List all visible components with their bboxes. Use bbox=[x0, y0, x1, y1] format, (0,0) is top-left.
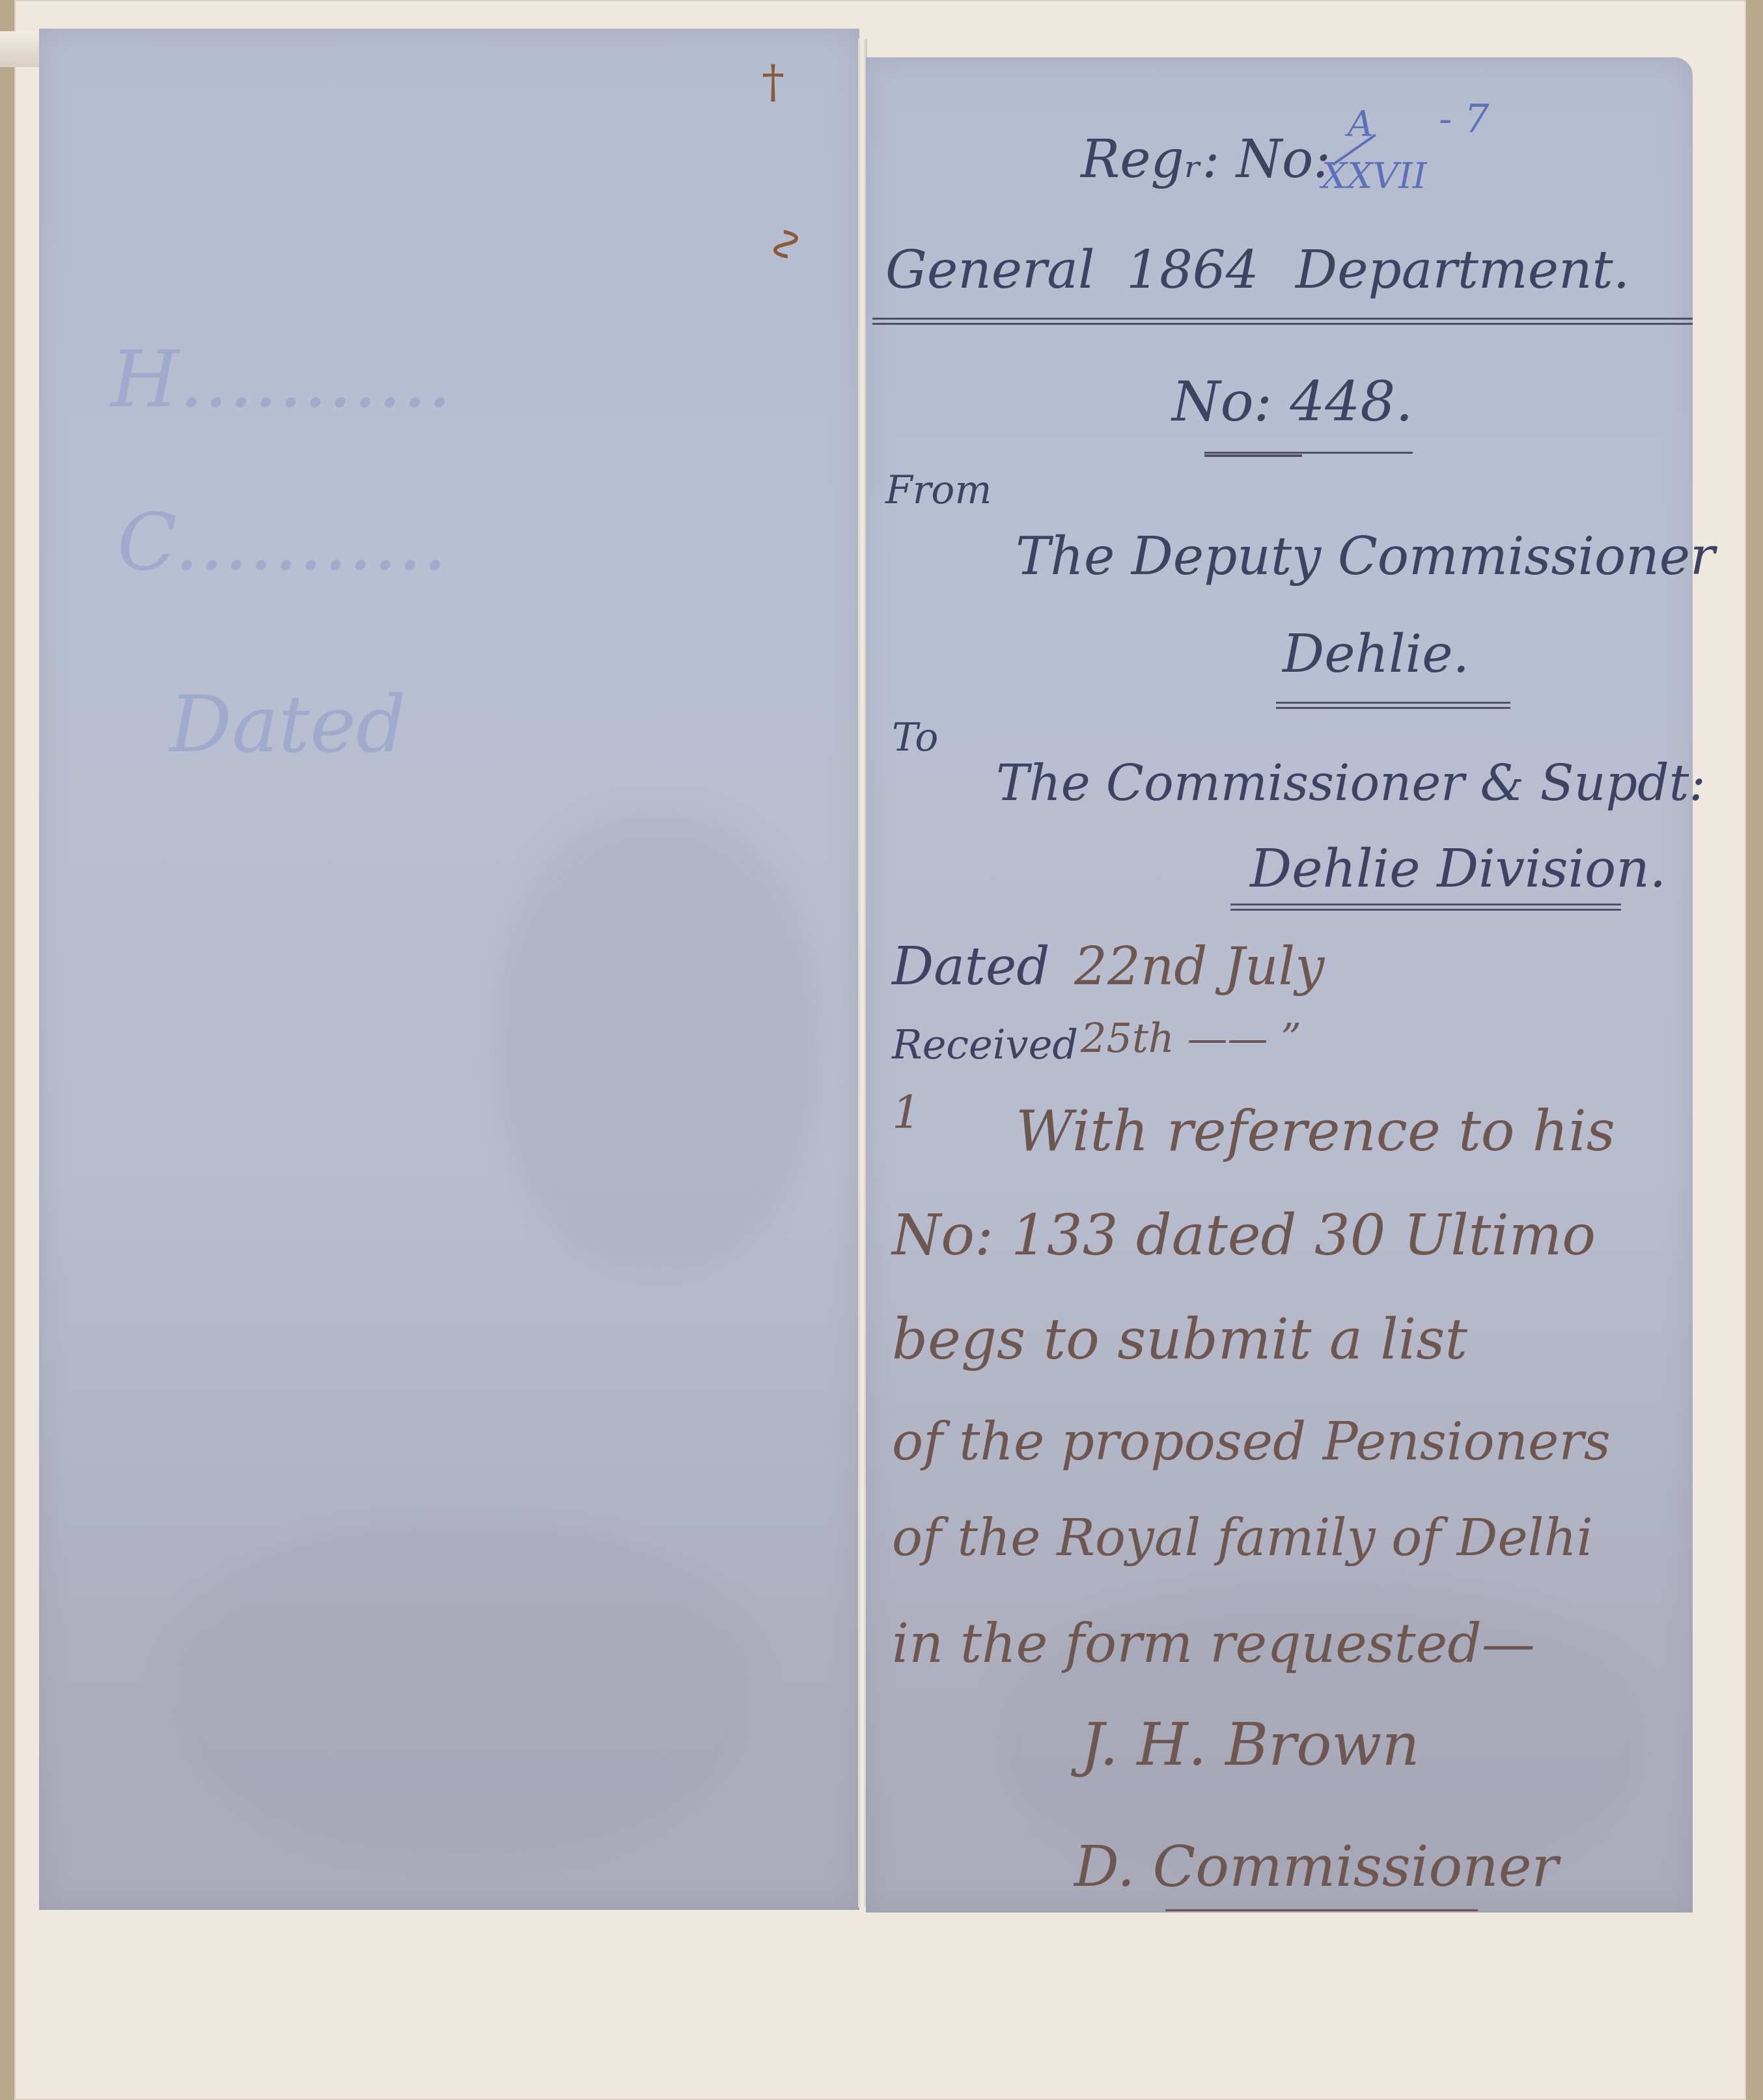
department-prefix: General bbox=[885, 240, 1095, 300]
body-initial: 1 bbox=[892, 1086, 921, 1139]
body-line: of the proposed Pensioners bbox=[892, 1411, 1611, 1472]
dated-label: Dated bbox=[892, 936, 1050, 997]
to-label: To bbox=[892, 715, 938, 760]
body-line: in the form requested— bbox=[892, 1613, 1535, 1675]
margin-ink-mark: ∿ bbox=[760, 225, 814, 264]
body-line: No: 133 dated 30 Ultimo bbox=[892, 1203, 1596, 1268]
register-annotation-denominator: XXVII bbox=[1322, 155, 1426, 197]
register-annotation-suffix: - 7 bbox=[1439, 96, 1490, 142]
body-line: of the Royal family of Delhi bbox=[892, 1509, 1593, 1568]
department-year: 1864 bbox=[1126, 240, 1259, 300]
register-label: Regᵣ: No: bbox=[1081, 129, 1331, 189]
right-page: Regᵣ: No: A XXVII - 7 General 1864 Depar… bbox=[866, 57, 1693, 1913]
from-label: From bbox=[885, 467, 992, 513]
signature-title: D. Commissioner bbox=[1074, 1834, 1559, 1900]
margin-ink-mark: † bbox=[762, 55, 784, 108]
faint-pencil-line: H........... bbox=[111, 335, 452, 425]
left-page: H........... C........... Dated † ∿ bbox=[39, 29, 859, 1910]
signature-underline bbox=[1165, 1909, 1478, 1911]
letter-number: No: 448. bbox=[1172, 370, 1413, 434]
letter-number-underline bbox=[1204, 452, 1413, 454]
faint-pencil-line: Dated bbox=[169, 680, 406, 770]
to-place: Dehlie Division. bbox=[1250, 838, 1666, 899]
letter-number-underline bbox=[1204, 454, 1302, 457]
dated-value: 22nd July bbox=[1074, 936, 1324, 997]
to-title: The Commissioner & Supdt: bbox=[996, 754, 1706, 812]
body-line: With reference to his bbox=[1016, 1099, 1615, 1164]
department-underline bbox=[872, 318, 1693, 320]
from-title: The Deputy Commissioner bbox=[1016, 526, 1715, 587]
department-suffix: Department. bbox=[1296, 240, 1630, 300]
from-place-underline bbox=[1276, 702, 1510, 704]
body-line: begs to submit a list bbox=[892, 1307, 1467, 1372]
water-stain bbox=[169, 1526, 755, 1851]
from-place: Dehlie. bbox=[1283, 624, 1469, 684]
water-stain bbox=[495, 810, 820, 1265]
received-value: 25th —— ” bbox=[1081, 1014, 1301, 1062]
to-place-underline bbox=[1230, 904, 1621, 905]
faint-pencil-line: C........... bbox=[117, 497, 447, 588]
signature-name: J. H. Brown bbox=[1081, 1711, 1419, 1779]
received-label: Received bbox=[892, 1021, 1078, 1068]
